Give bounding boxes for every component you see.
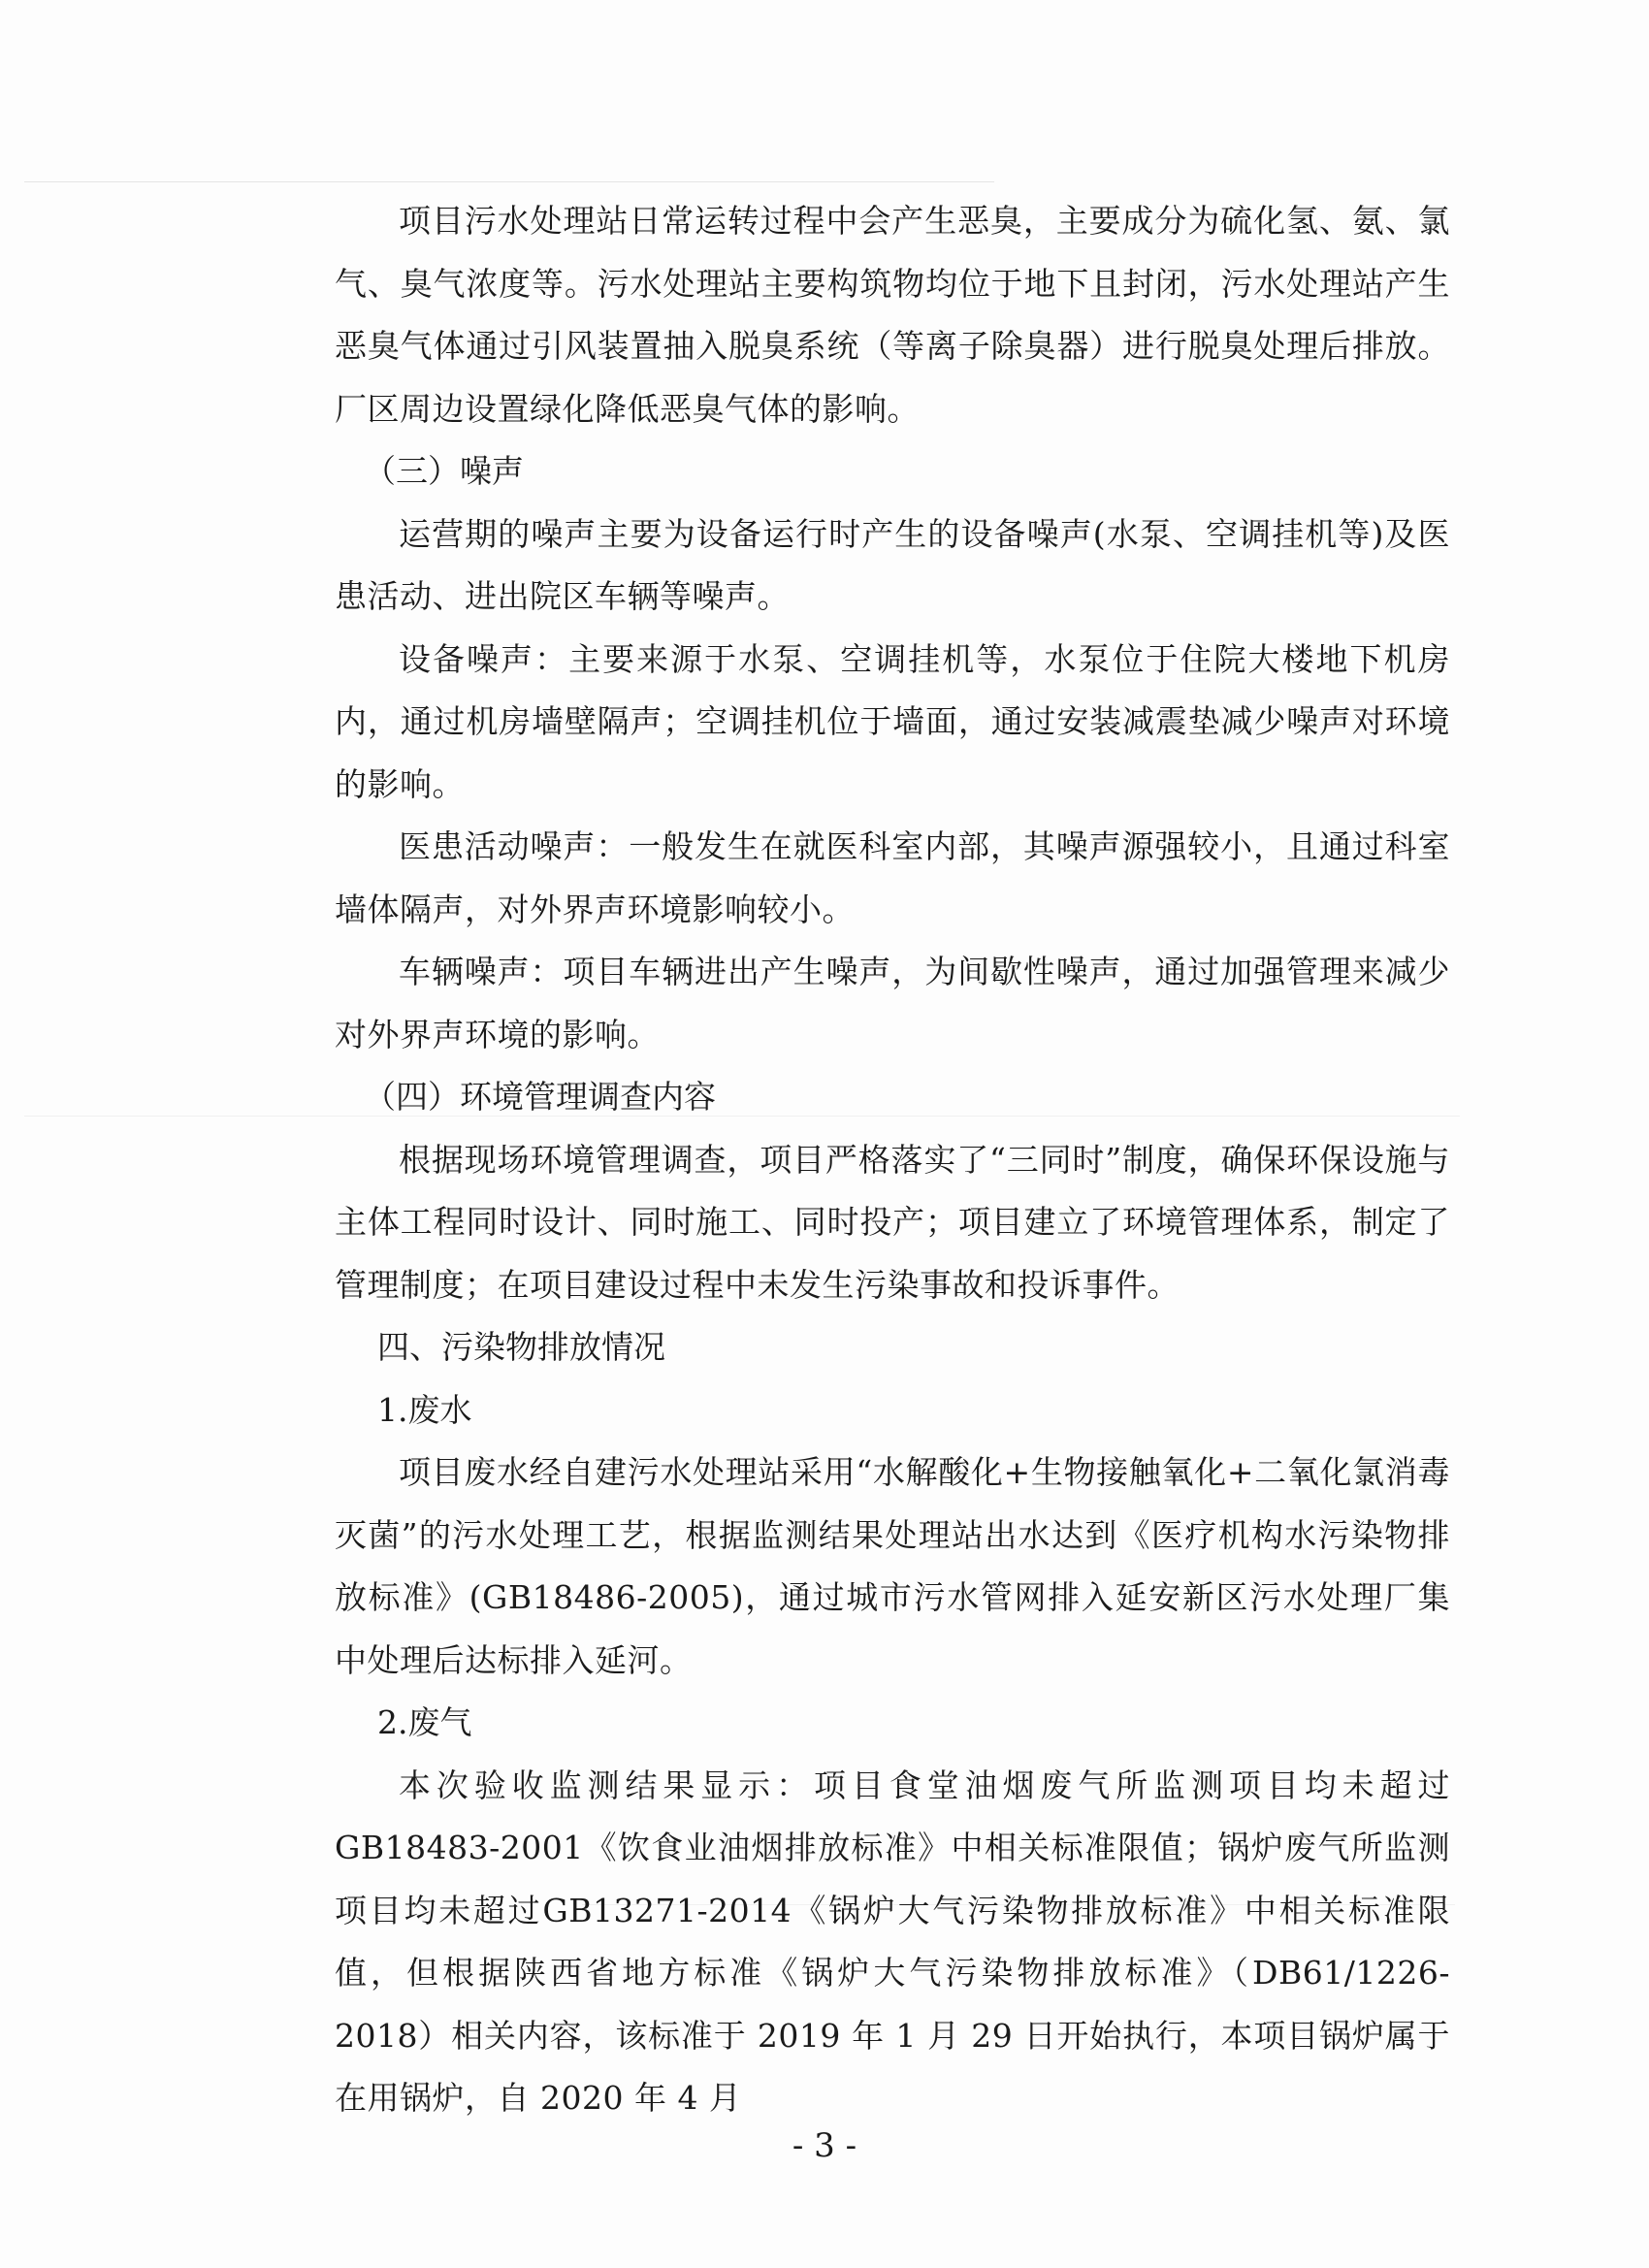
paragraph-wastewater: 项目废水经自建污水处理站采用“水解酸化+生物接触氧化+二氧化氯消毒灭菌”的污水处… — [335, 1442, 1450, 1692]
document-body: 项目污水处理站日常运转过程中会产生恶臭，主要成分为硫化氢、氨、氯气、臭气浓度等。… — [335, 190, 1450, 2130]
paragraph-medical-activity-noise: 医患活动噪声：一般发生在就医科室内部，其噪声源强较小，且通过科室墙体隔声，对外界… — [335, 816, 1450, 941]
section-heading-pollutant-discharge: 四、污染物排放情况 — [335, 1316, 1450, 1379]
subheading-noise: （三）噪声 — [335, 440, 1450, 503]
item-heading-wastewater: 1.废水 — [335, 1379, 1450, 1442]
paragraph-equipment-noise: 设备噪声：主要来源于水泵、空调挂机等，水泵位于住院大楼地下机房内，通过机房墙壁隔… — [335, 629, 1450, 817]
paragraph-odor-treatment: 项目污水处理站日常运转过程中会产生恶臭，主要成分为硫化氢、氨、氯气、臭气浓度等。… — [335, 190, 1450, 440]
subheading-environmental-management: （四）环境管理调查内容 — [335, 1066, 1450, 1129]
scan-artifact-line — [24, 181, 994, 182]
item-heading-exhaust-gas: 2.废气 — [335, 1692, 1450, 1755]
document-page: 项目污水处理站日常运转过程中会产生恶臭，主要成分为硫化氢、氨、氯气、臭气浓度等。… — [0, 0, 1649, 2268]
paragraph-vehicle-noise: 车辆噪声：项目车辆进出产生噪声，为间歇性噪声，通过加强管理来减少对外界声环境的影… — [335, 941, 1450, 1066]
paragraph-exhaust-gas: 本次验收监测结果显示：项目食堂油烟废气所监测项目均未超过 GB18483-200… — [335, 1755, 1450, 2130]
paragraph-noise-overview: 运营期的噪声主要为设备运行时产生的设备噪声(水泵、空调挂机等)及医患活动、进出院… — [335, 503, 1450, 629]
page-number: - 3 - — [0, 2122, 1649, 2169]
paragraph-environmental-management: 根据现场环境管理调查，项目严格落实了“三同时”制度，确保环保设施与主体工程同时设… — [335, 1129, 1450, 1317]
